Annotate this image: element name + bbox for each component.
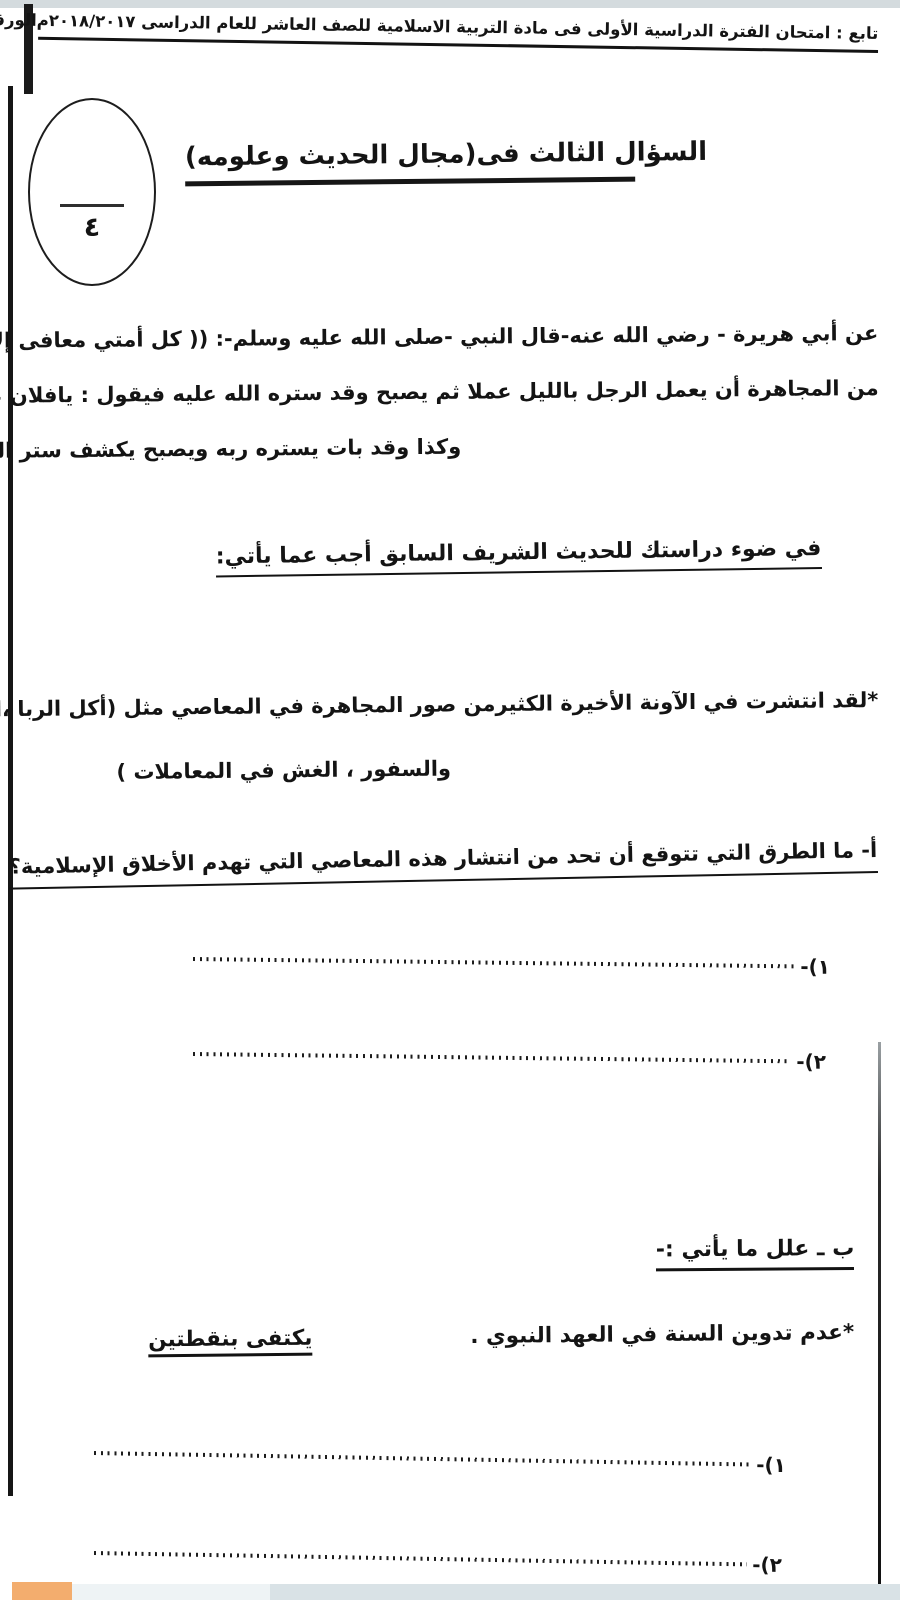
answer-dotted-rule: [94, 1451, 751, 1466]
answer-number-label: ١)-: [800, 956, 830, 976]
scan-border-right: [878, 1042, 881, 1600]
score-blank-line: [60, 204, 124, 207]
answer-dotted-rule: [193, 1052, 791, 1063]
footer-gray-bar: [270, 1584, 900, 1600]
score-total-marks: ٤: [30, 212, 154, 243]
answer-line-b1: ١)-: [94, 1436, 786, 1482]
intro-line-1: *لقد انتشرت في الآونة الأخيرة الكثيرمن ص…: [6, 668, 879, 741]
question-title: السؤال الثالث فى(مجال الحديث وعلومه): [185, 138, 635, 187]
question-b-item: *عدم تدوين السنة في العهد النبوي .: [470, 1320, 854, 1349]
answer-line-a1: ١)-: [193, 942, 830, 984]
answer-dotted-rule: [94, 1551, 747, 1566]
question-a-text: أ- ما الطرق التي تتوقع أن تحد من انتشار …: [9, 838, 878, 890]
hadith-text: عن أبي هريرة - رضي الله عنه-قال النبي -ص…: [6, 306, 879, 479]
answer-line-a2: ٢)-: [193, 1037, 826, 1079]
answer-dotted-rule: [193, 957, 795, 968]
paper-number-label: الورقة الثالثة: [0, 9, 37, 30]
hadith-line-1: عن أبي هريرة - رضي الله عنه-قال النبي -ص…: [6, 306, 878, 369]
answer-line-b2: ٢)-: [94, 1536, 782, 1582]
exam-header: تابع : امتحان الفترة الدراسية الأولى فى …: [38, 11, 878, 53]
top-edge-bar: [0, 0, 900, 8]
question-b-heading: ب ـ علل ما يأتي :-: [655, 1236, 854, 1271]
footer-light-bar: [72, 1584, 270, 1600]
answer-number-label: ٢)-: [796, 1051, 826, 1071]
hadith-line-2: من المجاهرة أن يعمل الرجل بالليل عملا ثم…: [7, 361, 879, 424]
marks-note: يكتفى بنقطتين: [148, 1326, 313, 1358]
exam-header-title: تابع : امتحان الفترة الدراسية الأولى فى …: [37, 11, 879, 43]
exam-scan-page: تابع : امتحان الفترة الدراسية الأولى فى …: [0, 0, 900, 1600]
answer-number-label: ١)-: [756, 1455, 786, 1476]
hadith-line-3: وكذا وقد بات يستره ربه ويصبح يكشف ستر ال…: [7, 420, 461, 479]
question-b-item-row: *عدم تدوين السنة في العهد النبوي . يكتفى…: [148, 1320, 854, 1357]
intro-line-2: والسفور ، الغش في المعاملات ): [7, 736, 452, 805]
answer-number-label: ٢)-: [752, 1554, 782, 1575]
footer-accent-bar: [12, 1582, 72, 1600]
question-intro: *لقد انتشرت في الآونة الأخيرة الكثيرمن ص…: [6, 668, 879, 805]
score-circle: ٤: [28, 98, 156, 286]
instruction-line: في ضوء دراستك للحديث الشريف السابق أجب ع…: [216, 536, 822, 577]
